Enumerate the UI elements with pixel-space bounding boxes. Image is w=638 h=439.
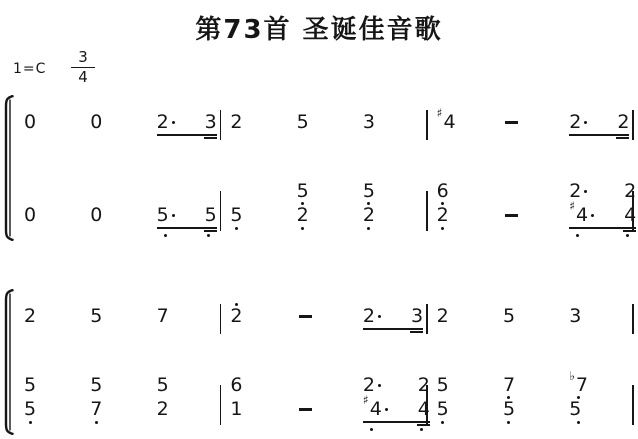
pair-octave-dots [569,233,636,238]
note-row: 1 [230,399,242,419]
beat: 2 [227,301,293,334]
note-row: 2 [437,306,449,326]
note-row: 5 [437,375,449,395]
chord: 52 [363,181,375,231]
beat: 23 [154,107,220,140]
accidental-sharp-icon: ♯ [437,108,443,119]
voice-line-bass: 555752612♯4245575♭75 [15,375,634,431]
note: 5 [230,181,242,231]
beam-pair: 2♯424 [363,375,430,432]
octave-dot-slot [201,234,216,237]
staves: 0023253♯422005555252622♯424 [15,95,638,245]
beat: 52 [294,181,360,231]
octave-dot-slot [363,225,375,231]
rest-note: 0 [24,181,36,238]
note-row: 2 [363,205,375,225]
beat: 5 [227,181,293,231]
octave-dot [441,421,444,424]
note-row: 5 [90,375,102,395]
note: 2 [617,107,629,132]
beat: 62 [434,181,500,238]
second-beam-slot [569,136,629,140]
note-digit: 2 [24,306,36,326]
beat: 2♯424 [360,375,426,432]
beat: 7 [154,301,220,326]
note-row: 0 [24,205,36,225]
note-digit: 5 [503,306,515,326]
dash-note [297,301,312,334]
note-digit: 2 [230,112,242,132]
beat: ♯4 [434,107,500,140]
octave-dot [370,428,373,431]
note-row: 6 [437,181,449,201]
note-row: 6 [230,375,242,395]
note-row: 2 [569,112,587,132]
chord: 52 [157,375,169,425]
rest-note: 0 [24,107,36,140]
measure: 622♯424 [428,181,633,238]
note-row: 5 [363,181,375,201]
note-row: 7 [503,375,515,395]
note-digit: 2 [437,205,449,225]
note-digit: 2 [297,205,309,225]
score-systems: 0023253♯422005555252622♯4242572232535557… [0,95,638,439]
dash-note [503,107,518,140]
augmentation-dot [378,384,381,387]
note-digit: 4 [370,399,382,419]
time-signature-denominator: 4 [71,68,95,86]
note-digit: 5 [437,399,449,419]
note-digit: 5 [297,112,309,132]
voice-line-melody: 257223253 [15,301,634,347]
note-row: 3 [569,306,581,326]
beat: 2♯424 [566,181,632,238]
note: 5 [503,301,515,326]
measure: 257 [15,301,220,326]
pair-octave-dots [157,233,217,238]
beat: 61 [227,375,293,432]
chord: 2♯4 [569,181,594,225]
beam-pair: 2♯424 [569,181,636,238]
note-row: 0 [24,112,36,132]
beat [294,375,360,432]
dash-note [503,181,518,238]
chord: 62 [437,181,449,238]
note-row: 5 [437,399,449,419]
note: 2 [437,301,449,326]
note-row: 7 [157,306,169,326]
note-digit: 1 [230,399,242,419]
beat: 0 [87,107,153,140]
note-digit: 4 [624,205,636,225]
note-digit: 2 [569,181,581,201]
note-digit: 0 [24,205,36,225]
beat: 75 [500,375,566,425]
note-row: 0 [90,112,102,132]
beam-pair-notes: 23 [157,107,217,132]
beam-pair-notes: 23 [363,301,423,326]
octave-dot-slot [569,419,588,425]
beam-pair: 55 [157,181,217,238]
note-row: ♯4 [437,112,456,132]
beam-pair-notes: 55 [157,181,217,225]
note-row: 5 [157,375,169,395]
beat: 55 [434,375,500,425]
time-signature: 3 4 [71,49,95,86]
beat: 22 [566,107,632,140]
beat: 52 [360,181,426,231]
note-row: 2 [157,399,169,419]
note: ♯4 [437,107,456,140]
octave-dot-slot [414,428,429,431]
beat: 57 [87,375,153,425]
note-row: 0 [90,205,102,225]
measure: 253 [221,107,426,132]
note-digit: 3 [569,306,581,326]
note: 3 [363,107,375,132]
note: 3 [411,301,423,326]
second-beam-slot [363,423,430,427]
note-digit: 5 [90,306,102,326]
beat: 0 [87,181,153,238]
note-row: 2 [230,112,242,132]
beat: 2 [434,301,500,326]
sixteenth-beam [204,137,217,139]
beat: 2 [227,107,293,132]
note-row: 5 [205,205,217,225]
note: 5 [297,107,309,132]
key-signature: 1=C [13,61,46,77]
system: 257223253555752612♯4245575♭75 [0,289,638,439]
measure: 612♯424 [221,375,426,432]
octave-dot-slot [620,234,635,237]
note-digit: 0 [90,205,102,225]
note-digit: 2 [437,306,449,326]
beat: 52 [154,375,220,425]
accidental-flat-icon: ♭ [569,371,575,382]
system-bracket-icon [2,289,15,439]
dash-note [297,375,312,432]
note-row: 5 [24,375,36,395]
measure: 5575♭75 [428,375,633,425]
note-digit: 0 [24,112,36,132]
signature-row: 1=C 3 4 [0,45,638,93]
note: 2 [569,107,587,132]
octave-dot [441,227,444,230]
note-digit: 2 [624,181,636,201]
octave-dot-slot [297,225,309,231]
augmentation-dot [378,315,381,318]
measure: 555752 [15,375,220,425]
octave-dot-slot [24,419,36,425]
sixteenth-beam [410,331,423,333]
octave-dot-slot [437,419,449,425]
beam-pair: 23 [157,107,217,140]
octave-dot [420,428,423,431]
beat: 3 [360,107,426,132]
octave-dot [577,421,580,424]
beat: ♭75 [566,375,632,425]
note-digit: 5 [90,375,102,395]
octave-dot [235,227,238,230]
chord: 61 [230,375,242,432]
note-row: 5 [297,181,309,201]
note-digit: 5 [205,205,217,225]
dash-mark [505,121,518,124]
note-digit: 5 [297,181,309,201]
note-digit: 3 [411,306,423,326]
note-digit: 5 [24,375,36,395]
note-row: 2 [624,181,636,201]
rest-note: 0 [90,107,102,140]
octave-dot-slot [364,428,379,431]
note-row: 3 [205,112,217,132]
note-row: 3 [411,306,423,326]
note-digit: 2 [363,306,375,326]
augmentation-dot [172,214,175,217]
note: 2 [157,107,175,132]
octave-dot [576,234,579,237]
note-digit: 7 [157,306,169,326]
note: 5 [205,181,217,225]
note-digit: 4 [576,205,588,225]
staves: 257223253555752612♯4245575♭75 [15,289,638,439]
augmentation-dot [172,121,175,124]
end-barline [632,110,634,140]
beat: 23 [360,301,426,334]
note-row: 5 [24,399,36,419]
note-digit: 2 [157,399,169,419]
octave-dot-slot [230,225,242,231]
dash-row [503,112,518,132]
octave-dot [367,227,370,230]
time-signature-numerator: 3 [71,49,95,68]
note-row: 5 [503,399,515,419]
dash-row [297,399,312,419]
beat: 5 [500,301,566,326]
measure: 0055 [15,181,220,238]
note-row: 2 [157,112,175,132]
note-row: 7 [90,399,102,419]
note-digit: 2 [363,205,375,225]
note-digit: 6 [230,375,242,395]
note-digit: 5 [363,181,375,201]
score-title: 第73首 圣诞佳音歌 [0,0,638,45]
note: 5 [157,181,175,225]
note-digit: 7 [503,375,515,395]
rest-note: 0 [90,181,102,238]
octave-dot-slot [570,234,585,237]
octave-dot [207,234,210,237]
beat [500,181,566,238]
system-bracket-icon [2,95,15,245]
note-row: 2 [363,375,381,395]
voice-line-bass: 005555252622♯424 [15,181,634,237]
note-digit: 5 [569,399,581,419]
note: 3 [569,301,581,326]
octave-dot [164,234,167,237]
chord: 55 [24,375,36,425]
note-digit: 6 [437,181,449,201]
measure: 253 [428,301,633,326]
octave-dot-slot [437,225,449,231]
beat: 3 [566,301,632,326]
chord: 55 [437,375,449,425]
octave-dot-slot [24,225,36,231]
chord: 2♯4 [363,375,388,419]
note: 2 [230,107,242,132]
augmentation-dot [584,121,587,124]
sixteenth-beam [623,230,636,232]
note-digit: 5 [230,205,242,225]
note-digit: 3 [363,112,375,132]
beam-pair: 22 [569,107,629,140]
beat: 55 [21,375,87,425]
sixteenth-beam [417,424,430,426]
note: 2 [24,301,36,326]
note-digit: 5 [157,205,169,225]
note-digit: 2 [363,375,375,395]
dash-mark [299,408,312,411]
sixteenth-beam [616,137,629,139]
note-row: 2 [297,205,309,225]
note-row: 5 [157,205,175,225]
measure: 55252 [221,181,426,231]
second-beam-slot [363,330,423,334]
note-digit: 3 [205,112,217,132]
note-row: 3 [363,112,375,132]
note: 2 [363,301,381,326]
measure: ♯422 [428,107,633,140]
beam-pair: 23 [363,301,423,334]
second-beam-slot [157,136,217,140]
note: 5 [90,301,102,326]
octave-dot-slot [158,234,173,237]
beat [294,301,360,334]
note-row: 2 [437,205,449,225]
note-row: 2 [363,306,381,326]
chord: 52 [297,181,309,231]
note-digit: 7 [90,399,102,419]
note-row: 2 [24,306,36,326]
augmentation-dot [591,214,594,217]
note-row: ♯4 [569,205,594,225]
note: 7 [157,301,169,326]
octave-dot [95,421,98,424]
octave-dot-slot [157,419,169,425]
note-row: 4 [624,205,636,225]
second-beam-slot [157,229,217,233]
measure: 0023 [15,107,220,140]
chord: 75 [503,375,515,425]
octave-dot [626,234,629,237]
sixteenth-beam [204,230,217,232]
beat: 2 [21,301,87,326]
octave-dot-slot [230,419,242,425]
system: 0023253♯422005555252622♯424 [0,95,638,245]
beat: 0 [21,107,87,140]
beat: 5 [87,301,153,326]
beam-pair-notes: 2♯424 [569,181,636,225]
chord: ♭75 [569,375,588,425]
dash-mark [505,214,518,217]
beat: 55 [154,181,220,238]
beat [500,107,566,140]
note-digit: 5 [157,375,169,395]
note-digit: 2 [157,112,169,132]
note-row: 5 [569,399,581,419]
note-digit: 4 [443,112,455,132]
note-row: ♯4 [363,399,388,419]
augmentation-dot [584,190,587,193]
note-row: 2 [230,306,242,326]
note-digit: 0 [90,112,102,132]
measure: 223 [221,301,426,334]
note-row: ♭7 [569,375,588,395]
accidental-sharp-icon: ♯ [569,201,575,212]
dash-row [503,205,518,225]
note-digit: 5 [24,399,36,419]
note-digit: 7 [576,375,588,395]
chord: 57 [90,375,102,425]
note-row: 5 [297,112,309,132]
dash-mark [299,315,312,318]
note: 2 [230,301,242,334]
octave-dot [507,421,510,424]
end-barline [632,191,634,231]
note-row: 2 [569,181,587,201]
beam-pair-notes: 22 [569,107,629,132]
octave-dot-slot [90,419,102,425]
note-row: 5 [90,306,102,326]
note-digit: 2 [230,306,242,326]
sheet-music-page: 第73首 圣诞佳音歌 1=C 3 4 0023253♯4220055552526… [0,0,638,439]
note-row: 5 [230,205,242,225]
beam-pair-notes: 2♯424 [363,375,430,419]
note-digit: 5 [503,399,515,419]
octave-dot-slot [503,419,515,425]
dash-row [297,306,312,326]
octave-dot [29,421,32,424]
note-digit: 2 [617,112,629,132]
voice-line-melody: 0023253♯422 [15,107,634,153]
octave-dot-slot [90,225,102,231]
note-digit: 2 [569,112,581,132]
octave-dot [301,227,304,230]
note: 3 [205,107,217,132]
beat: 5 [294,107,360,132]
augmentation-dot [385,408,388,411]
chord: 24 [624,181,636,225]
beat: 0 [21,181,87,238]
end-barline [632,385,634,425]
note-digit: 5 [437,375,449,395]
note-row: 5 [503,306,515,326]
accidental-sharp-icon: ♯ [363,395,369,406]
note-row: 2 [617,112,629,132]
end-barline [632,304,634,334]
second-beam-slot [569,229,636,233]
pair-octave-dots [363,427,430,432]
